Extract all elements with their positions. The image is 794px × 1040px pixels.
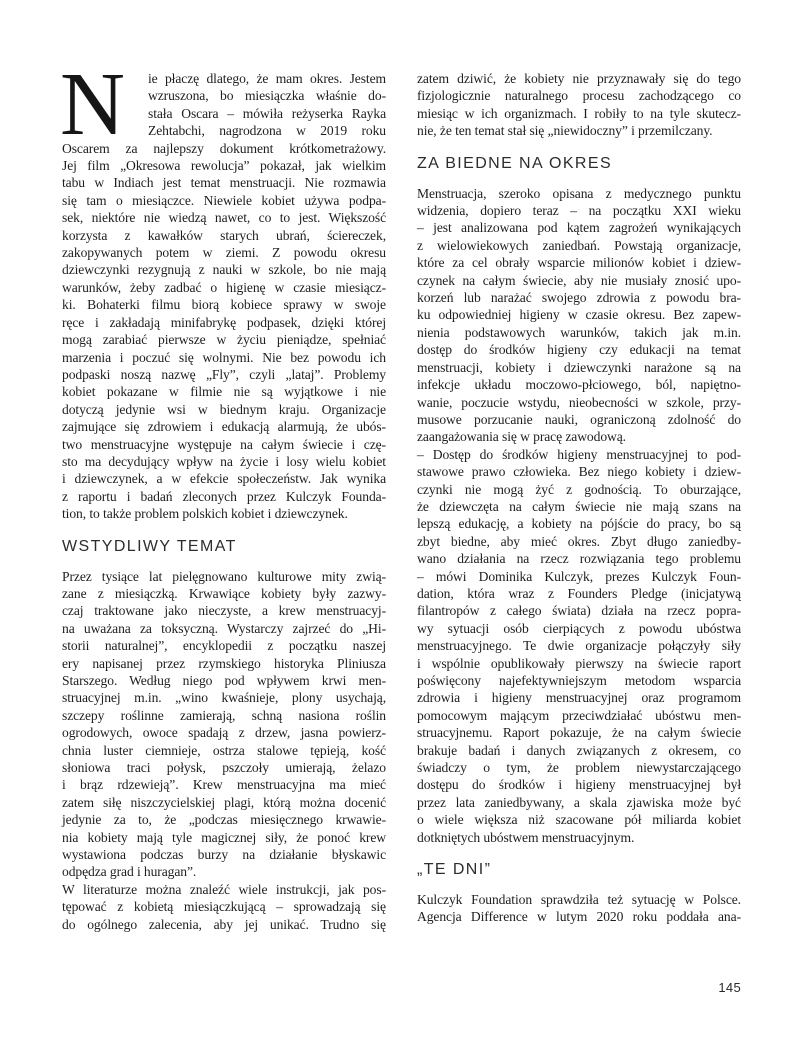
- text-line: wystawiona podczas burzy na działanie bł…: [62, 846, 386, 863]
- text-line: z raportu i badań zleconych przez Kulczy…: [62, 488, 386, 505]
- text-line: na uważana za toksyczną. Wystarczy zajrz…: [62, 620, 386, 637]
- text-line: ki. Bohaterki filmu biorą kobiece sprawy…: [62, 296, 386, 313]
- text-line: filantropów z całego świata) działa na r…: [417, 602, 741, 619]
- opening-paragraph: Nie płaczę dlatego, że mam okres. Jestem…: [62, 70, 386, 523]
- text-line: i brąz rdzewieją”. Krew menstruacyjna ma…: [62, 776, 386, 793]
- text-line: świadczy o tym, że problem niewystarczaj…: [417, 759, 741, 776]
- text-line: tion, to także problem polskich kobiet i…: [62, 505, 386, 522]
- text-line: wy sytuacji osób cierpiących z powodu ub…: [417, 620, 741, 637]
- text-line: i dziewczynek, a w efekcie społeczeństw.…: [62, 470, 386, 487]
- text-line: szczepy roślinne zamierają, schną nasion…: [62, 707, 386, 724]
- text-line: dotkniętych ubóstwem menstruacyjnym.: [417, 829, 741, 846]
- paragraph: Przez tysiące lat pielęgnowano kulturowe…: [62, 568, 386, 934]
- text-line: stawowe prawo człowieka. Bez niego kobie…: [417, 463, 741, 480]
- text-line: zatem siłę niszczycielskiej plagi, którą…: [62, 794, 386, 811]
- text-line: Starszego. Według niego pod wpływem krwi…: [62, 672, 386, 689]
- text-line: Agencja Difference w lutym 2020 roku pod…: [417, 908, 741, 925]
- text-line: brakuje badań i danych związanych z okre…: [417, 742, 741, 759]
- text-line: dation, która wraz z Founders Pledge (in…: [417, 585, 741, 602]
- text-line: dotyczą jedynie wsi w biednym kraju. Org…: [62, 401, 386, 418]
- text-line: sto ma decydujący wpływ na życie i losy …: [62, 453, 386, 470]
- text-line: zajmujące się zdrowiem i edukacją alarmu…: [62, 418, 386, 435]
- text-line: storii naturalnej”, encyklopedii z począ…: [62, 637, 386, 654]
- text-line: menstruacji, kobiety i dziewczynki naraż…: [417, 359, 741, 376]
- text-line: Przez tysiące lat pielęgnowano kulturowe…: [62, 568, 386, 585]
- text-line: z wielowiekowych zaniedbań. Powstają org…: [417, 237, 741, 254]
- text-line: zbyt biedne, aby mieć okres. Zbyt długo …: [417, 533, 741, 550]
- text-line: tabu w Indiach jest temat menstruacji. N…: [62, 174, 386, 191]
- text-line: do ogólnego zalecenia, aby jej unikać. T…: [62, 916, 386, 933]
- text-line: zane z miesiączką. Krwawiące kobiety był…: [62, 585, 386, 602]
- text-line: jedynie za to, że „podczas miesięcznego …: [62, 811, 386, 828]
- text-line: pomocowym mającym przeciwdziałać ubóstwu…: [417, 707, 741, 724]
- page-number: 145: [718, 980, 741, 995]
- text-line: dostępu do środków i higieny menstruacyj…: [417, 776, 741, 793]
- text-line: lepszą edukację, a kobiety na pójście do…: [417, 515, 741, 532]
- text-line: – mówi Dominika Kulczyk, prezes Kulczyk …: [417, 568, 741, 585]
- text-line: zakopywanych potem w ziemi. Z powodu okr…: [62, 244, 386, 261]
- section-heading: WSTYDLIWY TEMAT: [62, 537, 386, 556]
- text-line: dziewczynki rezygnują z nauki w szkole, …: [62, 261, 386, 278]
- text-line: wano działania na rzecz rozwiązania tego…: [417, 550, 741, 567]
- text-line: miesiąc w ich organizmach. I robiły to n…: [417, 105, 741, 122]
- text-line: nienia podstawowych warunków, takich jak…: [417, 324, 741, 341]
- section-heading: „TE DNI”: [417, 860, 741, 879]
- text-line: które za cel obrały wsparcie milionów ko…: [417, 254, 741, 271]
- text-line: słoniowa traci połysk, pszczoły umierają…: [62, 759, 386, 776]
- text-line: mogą zarabiać pierwsze w życiu pieniądze…: [62, 331, 386, 348]
- text-line: – Dostęp do środków higieny menstruacyjn…: [417, 446, 741, 463]
- text-line: struacyjnemu. Raport pokazuje, że na cał…: [417, 724, 741, 741]
- text-line: nia kobiety mają tyle magicznej siły, że…: [62, 829, 386, 846]
- text-line: dostęp do środków higieny czy edukacji n…: [417, 341, 741, 358]
- text-line: – jest analizowana pod kątem zagrożeń wy…: [417, 219, 741, 236]
- text-line: zdrowia i higieny menstruacyjnej oraz pr…: [417, 689, 741, 706]
- text-line: warunków, żeby zadbać o higienę w czasie…: [62, 279, 386, 296]
- text-line: menstruacyjnego. Te dwie organizacje poł…: [417, 637, 741, 654]
- text-line: W literaturze można znaleźć wiele instru…: [62, 881, 386, 898]
- text-line: zatem dziwić, że kobiety nie przyznawały…: [417, 70, 741, 87]
- text-line: ku odpowiedniej higieny w czasie okresu.…: [417, 306, 741, 323]
- text-line: że dziewczęta na całym świecie nie mają …: [417, 498, 741, 515]
- magazine-page: Nie płaczę dlatego, że mam okres. Jestem…: [0, 0, 794, 1040]
- text-line: czaj traktowane jako nieczyste, a krew m…: [62, 602, 386, 619]
- paragraph: zatem dziwić, że kobiety nie przyznawały…: [417, 70, 741, 140]
- text-line: Jej film „Okresowa rewolucja” pokazał, j…: [62, 157, 386, 174]
- paragraph: Menstruacja, szeroko opisana z medyczneg…: [417, 185, 741, 846]
- text-line: Kulczyk Foundation sprawdziła też sytuac…: [417, 891, 741, 908]
- text-line: wanie, poczucie wstydu, nieobecności w s…: [417, 394, 741, 411]
- text-line: Menstruacja, szeroko opisana z medyczneg…: [417, 185, 741, 202]
- text-line: widzenia, dopiero teraz – na początku XX…: [417, 202, 741, 219]
- text-line: podpaski noszą nazwę „Fly”, czyli „lataj…: [62, 366, 386, 383]
- text-line: zaangażowania się w pracę zawodową.: [417, 428, 741, 445]
- text-line: czynki nie mogą żyć z godnością. To obur…: [417, 481, 741, 498]
- text-line: korzeń lub narażać swojego zdrowia z pow…: [417, 289, 741, 306]
- text-line: ery napisanej przez rzymskiego historyka…: [62, 655, 386, 672]
- text-line: sek, niektóre nie wiedzą nawet, co to je…: [62, 209, 386, 226]
- text-line: o wiele większa niż szacowane pół miliar…: [417, 811, 741, 828]
- text-line: się tam o miesiączce. Niewiele kobiet uż…: [62, 192, 386, 209]
- text-line: musowe porzucanie nauki, ograniczoną zdo…: [417, 411, 741, 428]
- text-line: i wspólnie opublikowały pierwszy na świe…: [417, 655, 741, 672]
- text-line: korzysta z kawałków starych ubrań, ścier…: [62, 227, 386, 244]
- text-line: czynek na całym świecie, aby nie musiały…: [417, 272, 741, 289]
- text-line: fizjologicznie naturalnego procesu zacho…: [417, 87, 741, 104]
- paragraph: Kulczyk Foundation sprawdziła też sytuac…: [417, 891, 741, 926]
- drop-cap: N: [62, 70, 136, 139]
- text-line: struacyjnej m.in. „wino kwaśnieje, plony…: [62, 689, 386, 706]
- text-line: poświęcony najefektywniejszym metodom ws…: [417, 672, 741, 689]
- text-line: ręce i zakładają minifabrykę podpasek, d…: [62, 314, 386, 331]
- text-line: marzenia i poczuć się wolnymi. Nie bez p…: [62, 349, 386, 366]
- text-line: przez lata zaniedbywany, a skala zjawisk…: [417, 794, 741, 811]
- left-column: Nie płaczę dlatego, że mam okres. Jestem…: [62, 70, 386, 933]
- text-line: odpędza grad i huragan”.: [62, 863, 386, 880]
- text-line: two menstruacyjne występuje na całym świ…: [62, 436, 386, 453]
- text-line: nie, że ten temat stał się „niewidoczny”…: [417, 122, 741, 139]
- text-line: infekcje układu moczowo-płciowego, ból, …: [417, 376, 741, 393]
- text-line: ogrodowych, owoce spadają z drzew, jasna…: [62, 724, 386, 741]
- right-column: zatem dziwić, że kobiety nie przyznawały…: [417, 70, 741, 926]
- section-heading: ZA BIEDNE NA OKRES: [417, 154, 741, 173]
- text-line: chnia luster ciemnieje, ostrza stalowe t…: [62, 742, 386, 759]
- text-line: tępować z kobietą miesiączkującą – sprow…: [62, 898, 386, 915]
- text-line: kobiet pokazane w filmie nie są wyjątkow…: [62, 383, 386, 400]
